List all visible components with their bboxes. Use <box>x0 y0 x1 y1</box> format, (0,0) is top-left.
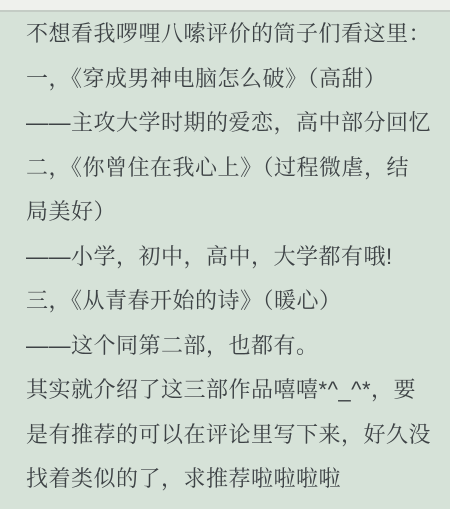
text-line: 其实就介绍了这三部作品嘻嘻*^_^*，要 <box>26 368 428 413</box>
text-line: 找着类似的了，求推荐啦啦啦啦 <box>26 457 428 502</box>
text-line: ——主攻大学时期的爱恋，高中部分回忆 <box>26 101 428 146</box>
reader-page: 不想看我啰哩八嗦评价的筒子们看这里： 一，《穿成男神电脑怎么破》（高甜） ——主… <box>26 12 428 502</box>
status-bar-strip <box>0 0 450 10</box>
text-line: 局美好） <box>26 190 428 235</box>
text-line: 一，《穿成男神电脑怎么破》（高甜） <box>26 57 428 102</box>
text-line: ——小学，初中，高中，大学都有哦! <box>26 235 428 280</box>
text-line: 三，《从青春开始的诗》（暖心） <box>26 279 428 324</box>
text-line: 是有推荐的可以在评论里写下来，好久没 <box>26 413 428 458</box>
text-line: 不想看我啰哩八嗦评价的筒子们看这里： <box>26 12 428 57</box>
text-line: ——这个同第二部，也都有。 <box>26 324 428 369</box>
text-line: 二，《你曾住在我心上》（过程微虐，结 <box>26 146 428 191</box>
